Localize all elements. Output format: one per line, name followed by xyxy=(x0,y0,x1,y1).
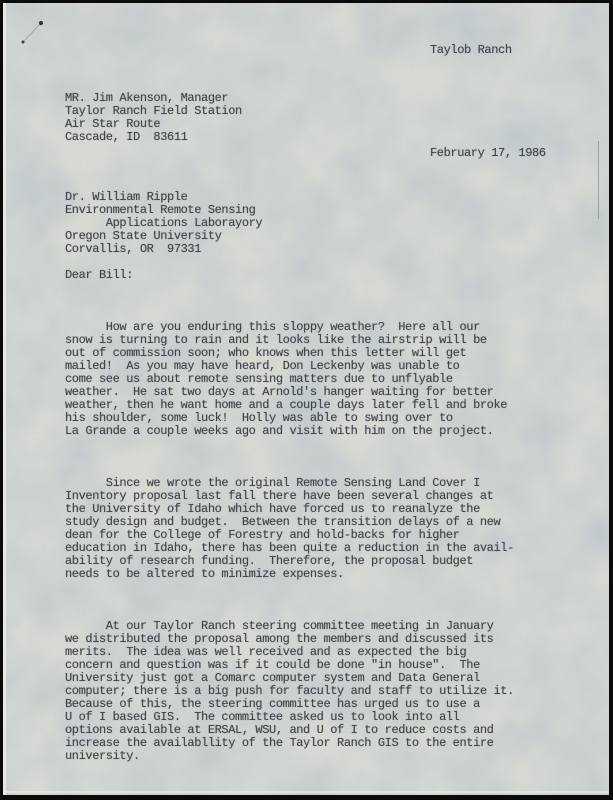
paragraph-2: Since we wrote the original Remote Sensi… xyxy=(65,477,514,581)
letter-body: How are you enduring this sloppy weather… xyxy=(65,295,514,795)
paragraph-1: How are you enduring this sloppy weather… xyxy=(65,321,514,438)
recipient-address-block: Dr. William Ripple Environmental Remote … xyxy=(65,191,262,256)
vertical-scratch-mark xyxy=(598,141,599,219)
salutation: Dear Bill: xyxy=(65,269,133,282)
paper-edge-highlight xyxy=(3,3,6,795)
date-line: February 17, 1986 xyxy=(430,147,546,160)
paragraph-3: At our Taylor Ranch steering committee m… xyxy=(65,620,514,763)
pen-scratch-mark xyxy=(17,15,51,49)
letter-paper: Taylob Ranch MR. Jim Akenson, Manager Ta… xyxy=(3,3,609,795)
letterhead-text: Taylob Ranch xyxy=(430,44,512,57)
sender-address-block: MR. Jim Akenson, Manager Taylor Ranch Fi… xyxy=(65,92,242,144)
scan-frame: Taylob Ranch MR. Jim Akenson, Manager Ta… xyxy=(0,0,613,800)
